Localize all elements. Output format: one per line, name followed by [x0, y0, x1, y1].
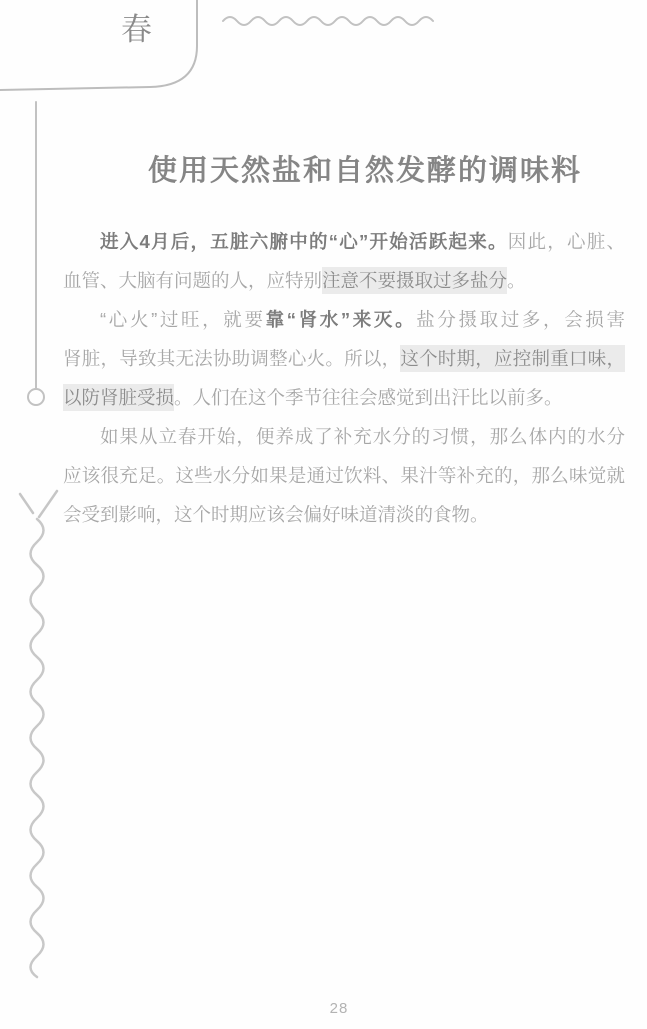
page-number: 28 — [299, 1000, 379, 1017]
text-run-bold: 进入4月后，五脏六腑中的“心”开始活跃起来。 — [100, 231, 508, 252]
text-line: 如果从立春开始，便养成了补充水分的习惯，那么体内的水分 — [63, 417, 625, 456]
season-tab-outline-icon — [0, 0, 197, 90]
text-line: 以防肾脏受损。人们在这个季节往往会感觉到出汗比以前多。 — [63, 378, 625, 417]
v-flourish-icon — [20, 491, 57, 517]
text-run: 因此，心脏、 — [508, 231, 625, 252]
text-line: “心火”过旺，就要靠“肾水”来灭。盐分摄取过多，会损害 — [63, 300, 625, 339]
margin-line-circle-icon — [28, 389, 44, 405]
text-run: 盐分摄取过多，会损害 — [416, 309, 625, 330]
squiggle-vertical-icon — [31, 519, 44, 977]
text-run-bold: 靠“肾水”来灭。 — [266, 309, 417, 330]
season-tab-label: 春 — [121, 10, 152, 50]
text-run-highlight: 以防肾脏受损 — [63, 384, 174, 411]
text-line: 应该很充足。这些水分如果是通过饮料、果汁等补充的，那么味觉就 — [63, 456, 625, 495]
text-run: 。 — [507, 270, 526, 291]
text-run-highlight: 注意不要摄取过多盐分 — [322, 267, 507, 294]
text-run: 血管、大脑有问题的人，应特别 — [63, 270, 322, 291]
text-line: 血管、大脑有问题的人，应特别注意不要摄取过多盐分。 — [63, 261, 625, 300]
text-run: “心火”过旺，就要 — [100, 309, 266, 330]
squiggle-horizontal-icon — [223, 17, 433, 25]
text-run: 肾脏，导致其无法协助调整心火。所以， — [63, 348, 400, 369]
article-title: 使用天然盐和自然发酵的调味料 — [85, 150, 645, 192]
article-body: 进入4月后，五脏六腑中的“心”开始活跃起来。因此，心脏、 血管、大脑有问题的人，… — [63, 222, 625, 534]
text-run: 如果从立春开始，便养成了补充水分的习惯，那么体内的水分 — [100, 426, 625, 447]
text-line: 进入4月后，五脏六腑中的“心”开始活跃起来。因此，心脏、 — [63, 222, 625, 261]
text-line: 会受到影响，这个时期应该会偏好味道清淡的食物。 — [63, 495, 625, 534]
text-run: 会受到影响，这个时期应该会偏好味道清淡的食物。 — [63, 504, 489, 525]
book-page: 春 使用天然盐和自然发酵的调味料 进入4月后，五脏六腑中的“心”开始活跃起来。因… — [0, 0, 647, 1029]
text-run: 应该很充足。这些水分如果是通过饮料、果汁等补充的，那么味觉就 — [63, 465, 625, 486]
text-run: 。人们在这个季节往往会感觉到出汗比以前多。 — [174, 387, 563, 408]
text-run-highlight: 这个时期，应控制重口味， — [400, 345, 625, 372]
text-line: 肾脏，导致其无法协助调整心火。所以，这个时期，应控制重口味， — [63, 339, 625, 378]
